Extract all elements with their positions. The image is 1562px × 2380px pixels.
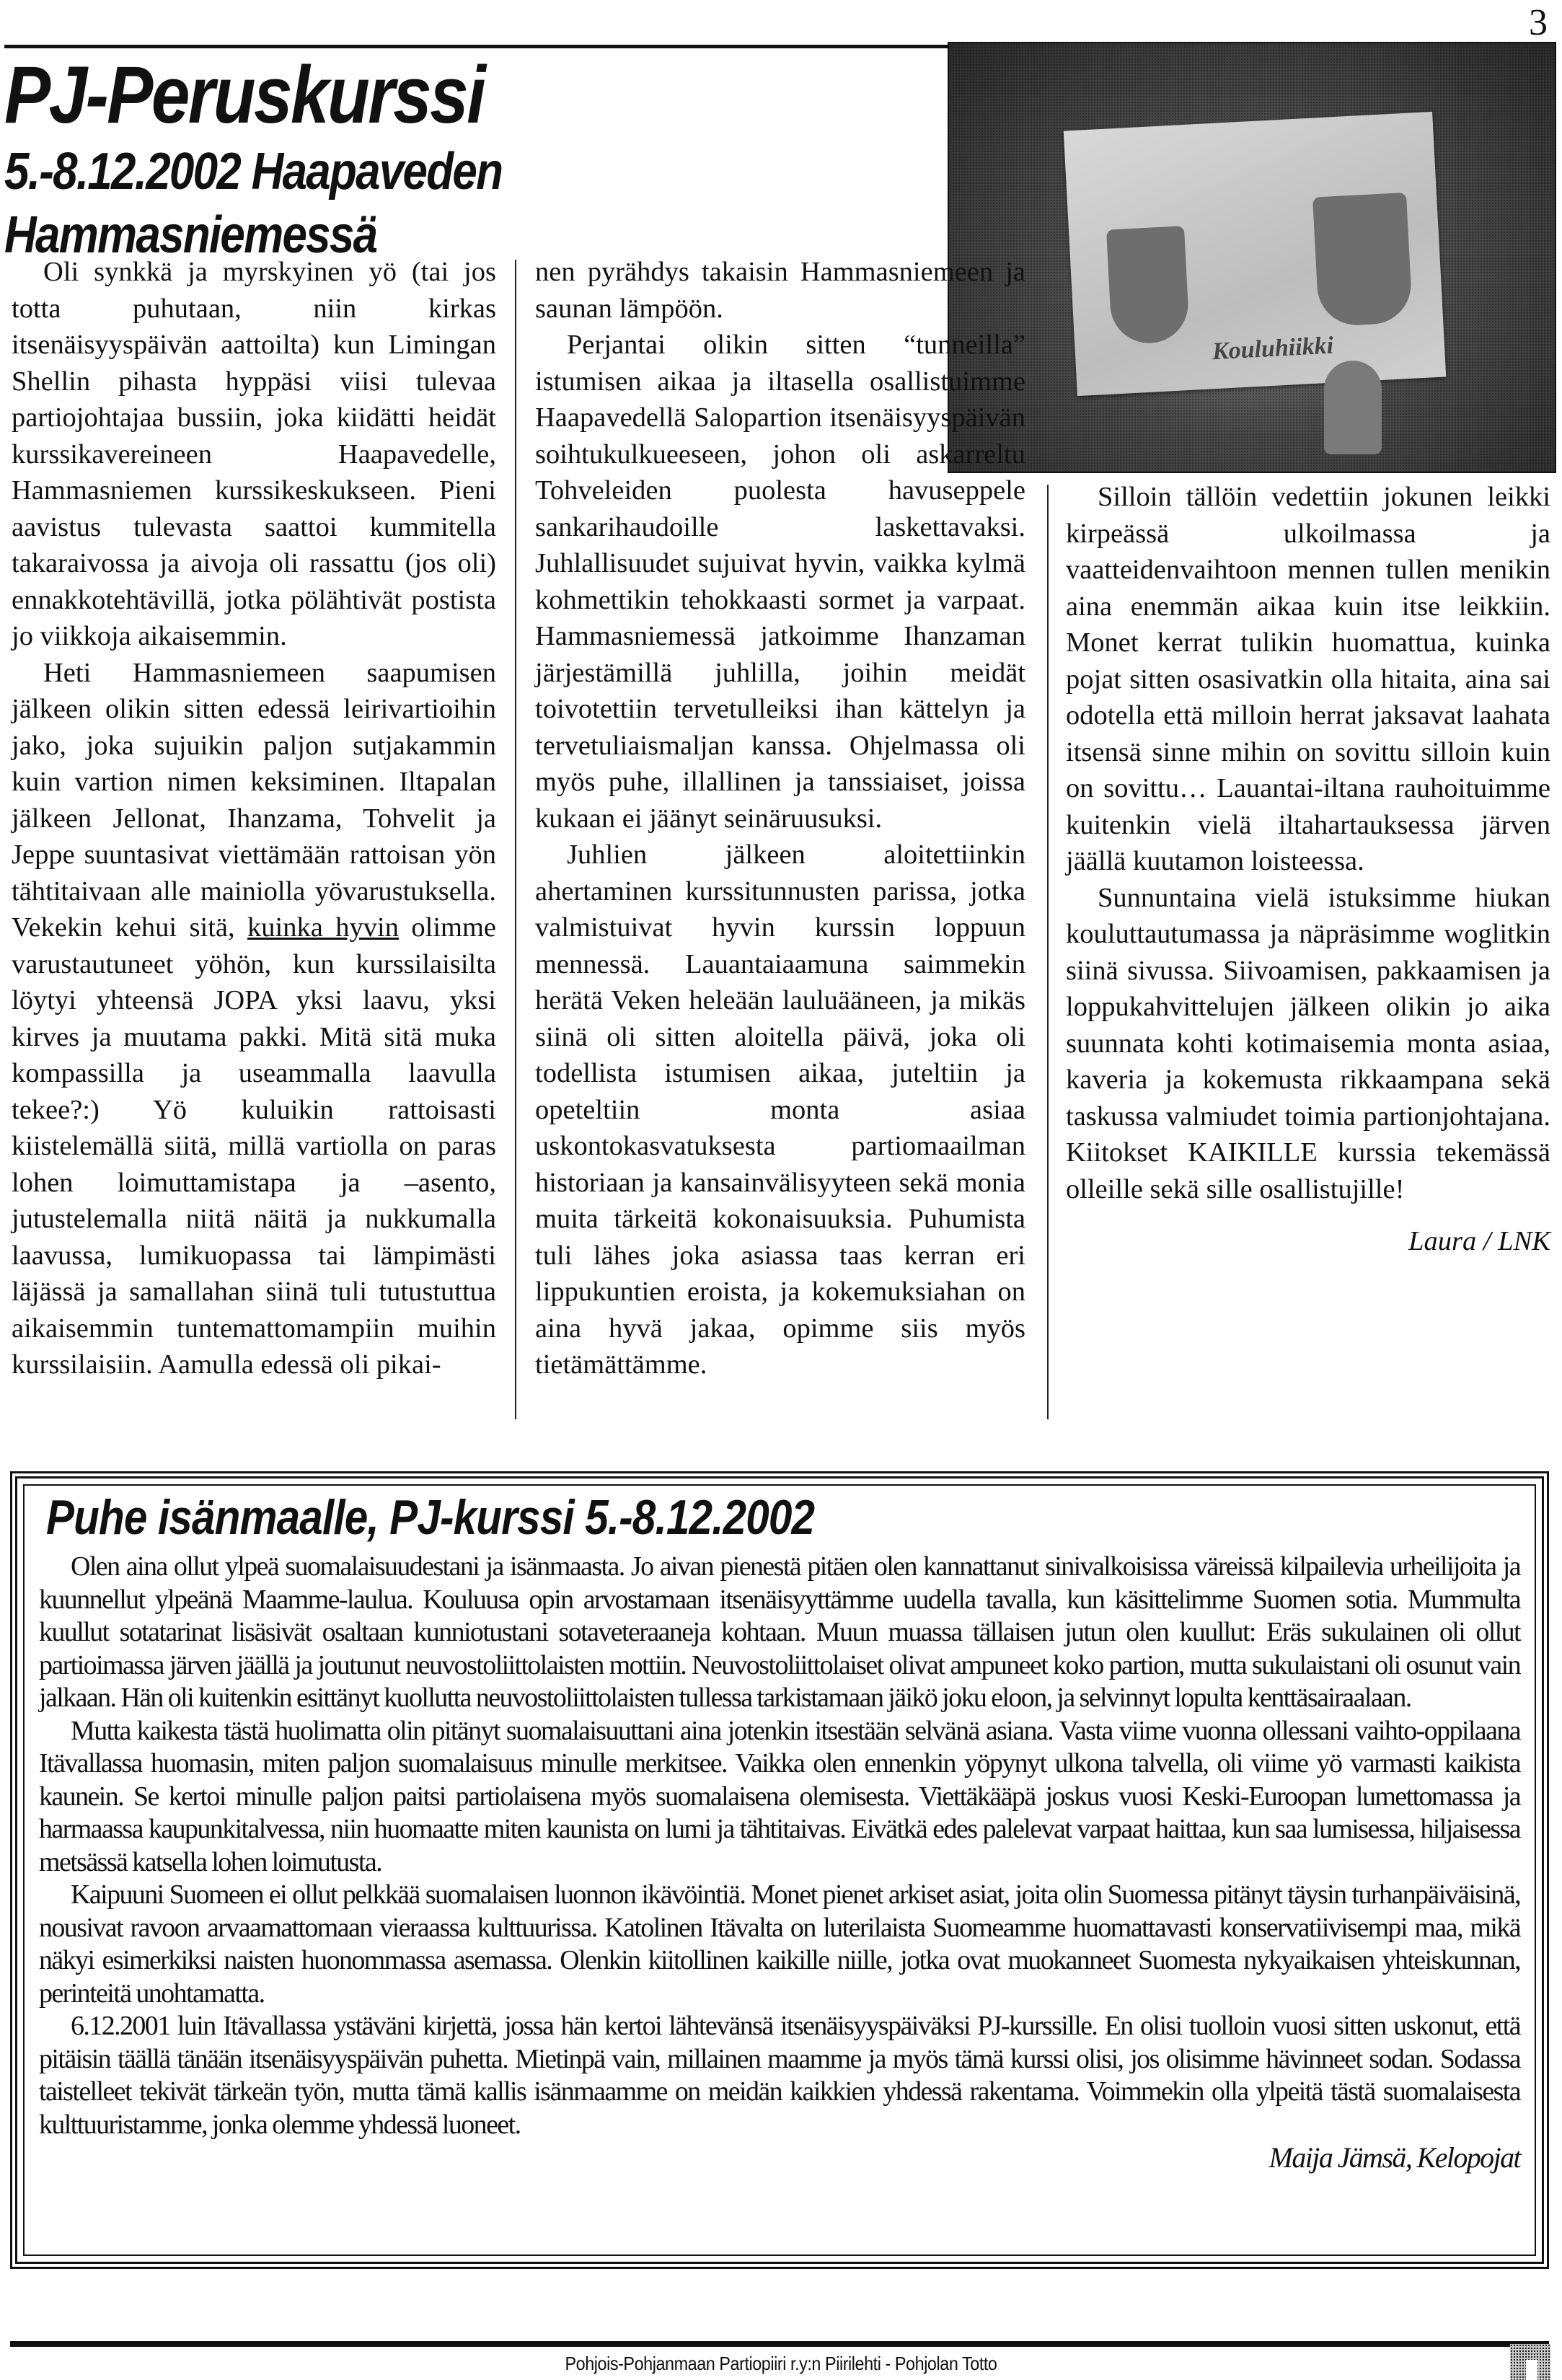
face-cutout-left [1106,226,1190,345]
article-column-1: Oli synkkä ja myrskyinen yö (tai jos tot… [12,254,496,1383]
hand [1324,361,1382,454]
article-paragraph: Perjantai olikin sitten “tunneilla” istu… [535,327,1025,837]
article-paragraph: nen pyrähdys takaisin Hammasniemeen ja s… [535,254,1025,327]
speech-paragraph: 6.12.2001 luin Itävallassa ystäväni kirj… [39,2010,1520,2141]
totto-logo-icon [1510,2344,1550,2380]
article-signature: Laura / LNK [1066,1223,1550,1260]
article-paragraph: Silloin tällöin vedettiin jokunen leikki… [1066,479,1550,880]
speech-signature: Maija Jämsä, Kelopojat [39,2141,1520,2174]
wig-package: Kouluhiikki [1064,112,1447,396]
face-cutout-right [1312,193,1413,327]
page-number: 3 [1529,1,1548,45]
underlined-phrase: kuinka hyvin [247,912,399,943]
paragraph-text: olimme varustautuneet yöhön, kun kurssil… [12,912,496,1380]
article-column-3: Silloin tällöin vedettiin jokunen leikki… [1066,479,1550,1260]
article-title: PJ-Peruskurssi [4,50,798,140]
article-paragraph: Heti Hammasniemeen saapumisen jälkeen ol… [12,655,496,1383]
speech-paragraph: Kaipuuni Suomeen ei ollut pelkkää suomal… [39,1879,1520,2010]
speech-box-inner-frame: Puhe isänmaalle, PJ-kurssi 5.-8.12.2002 … [23,1484,1536,2256]
speech-paragraph: Mutta kaikesta tästä huolimatta olin pit… [39,1715,1520,1879]
speech-paragraph: Olen aina ollut ylpeä suomalaisuudestani… [39,1551,1520,1715]
footer-publication: Pohjois-Pohjanmaan Partiopiiri r.y:n Pii… [78,2353,1483,2375]
package-label: Kouluhiikki [1212,332,1334,366]
column-divider [1047,485,1049,1419]
article-headline: PJ-Peruskurssi 5.-8.12.2002 Haapaveden H… [4,50,927,267]
speech-body: Olen aina ollut ylpeä suomalaisuudestani… [39,1551,1520,2174]
article-paragraph: Juhlien jälkeen aloitettiinkin ahertamin… [535,837,1025,1383]
article-subtitle-line1: 5.-8.12.2002 Haapaveden [4,140,798,203]
article-column-2: nen pyrähdys takaisin Hammasniemeen ja s… [535,254,1025,1383]
article-photo: Kouluhiikki [948,42,1556,473]
article-paragraph: Oli synkkä ja myrskyinen yö (tai jos tot… [12,254,496,655]
bottom-rule [10,2341,1549,2347]
speech-box: Puhe isänmaalle, PJ-kurssi 5.-8.12.2002 … [10,1471,1549,2269]
article-paragraph: Sunnuntaina vielä istuksimme hiukan koul… [1066,880,1550,1208]
paragraph-text: Heti Hammasniemeen saapumisen jälkeen ol… [12,658,496,943]
column-divider [515,260,516,1419]
speech-title: Puhe isänmaalle, PJ-kurssi 5.-8.12.2002 [46,1487,814,1548]
